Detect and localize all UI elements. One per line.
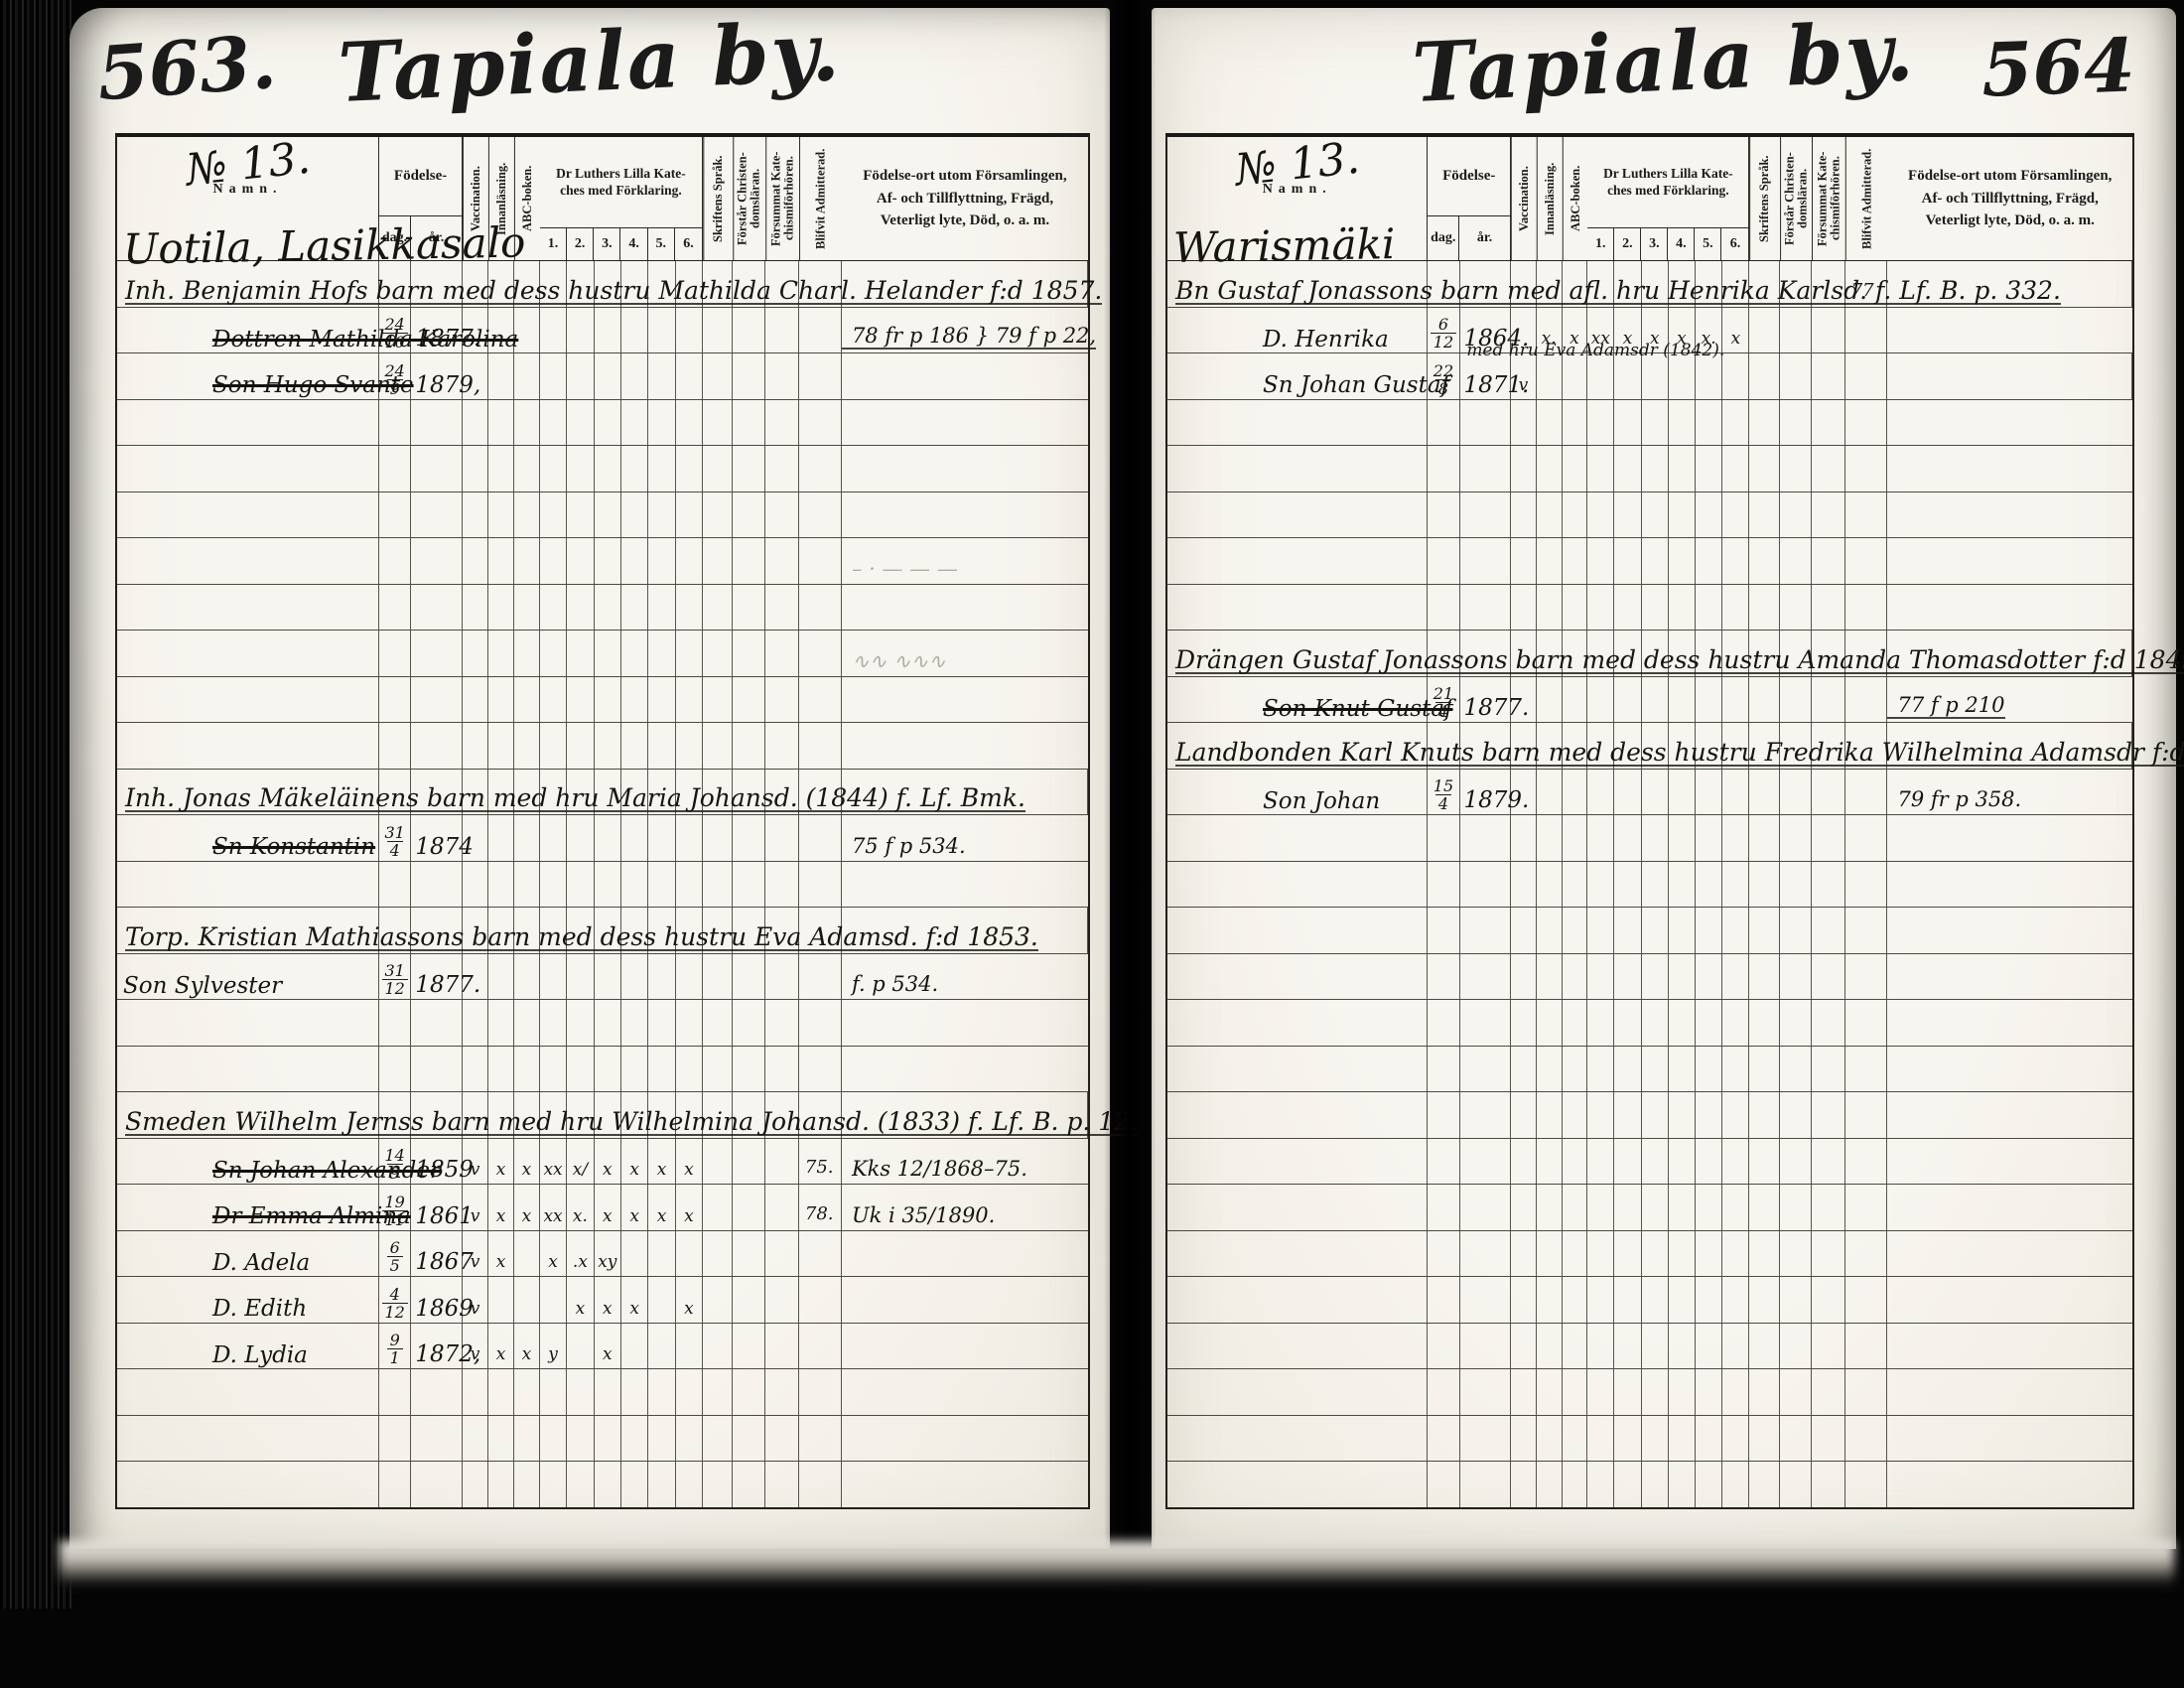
exam-mark: x bbox=[629, 1299, 639, 1319]
exam-mark: x/ bbox=[573, 1160, 588, 1180]
table-row bbox=[117, 677, 1088, 724]
table-row bbox=[1167, 585, 2132, 632]
table-row bbox=[1167, 1369, 2132, 1416]
exam-mark: x bbox=[603, 1160, 613, 1180]
entry-name: Son Johan bbox=[1167, 789, 1380, 813]
entry-name: Sn Johan Gustaf bbox=[1167, 373, 1449, 397]
family-entry-line: Drängen Gustaf Jonassons barn med dess h… bbox=[1175, 647, 2184, 674]
table-header: № 13. Namn. Warismäki Födelse- dag. år. … bbox=[1167, 137, 2132, 261]
birth-day-numerator: 6 bbox=[1438, 317, 1448, 333]
column-header-forsummat-katechismiforhoren: Försummat Kate­chismiförhören. bbox=[1812, 137, 1845, 260]
katekes-subcol: 1. bbox=[540, 228, 567, 260]
exam-mark: x bbox=[603, 1206, 613, 1226]
table-row bbox=[1167, 1231, 2132, 1278]
table-row bbox=[1167, 1185, 2132, 1231]
table-row: Son Hugo Svante2491879, bbox=[117, 353, 1088, 400]
table-row bbox=[1167, 1277, 2132, 1324]
table-row bbox=[117, 1416, 1088, 1463]
entry-name: D. Edith bbox=[117, 1297, 307, 1321]
exam-mark: .x bbox=[573, 1252, 588, 1272]
right-page: 564 Tapiala by. № 13. Namn. Warismäki Fö… bbox=[1152, 8, 2176, 1549]
katekes-subcol: 4. bbox=[1668, 228, 1695, 260]
scan-bottom-fade bbox=[60, 1541, 2174, 1587]
exam-mark: x bbox=[629, 1206, 639, 1226]
column-header-notes: Födelse-ort utom Församlingen, Af- och T… bbox=[842, 137, 1088, 260]
entry-name: Son Sylvester bbox=[117, 974, 282, 998]
birth-day-numerator: 6 bbox=[390, 1240, 400, 1256]
katekes-subcol: 6. bbox=[675, 228, 702, 260]
birth-day-numerator: 9 bbox=[390, 1333, 400, 1348]
exam-mark: x bbox=[684, 1160, 694, 1180]
exam-mark: v bbox=[471, 1299, 480, 1319]
family-entry-line: Torp. Kristian Mathiassons barn med dess… bbox=[125, 924, 1038, 951]
column-header-forstar-christendomslaran: Förstår Christen­domsläran. bbox=[1780, 137, 1812, 260]
family-entry-line: Inh. Benjamin Hofs barn med dess hustru … bbox=[125, 278, 1102, 305]
birth-day: 154 bbox=[1433, 778, 1453, 812]
table-row: Son Knut Gustaf2141877.77 f p 210 bbox=[1167, 677, 2132, 724]
exam-mark: x bbox=[522, 1344, 532, 1364]
table-row: D. Edith4121869vxxxx bbox=[117, 1277, 1088, 1324]
katekes-subcol: 3. bbox=[594, 228, 620, 260]
exam-mark: v bbox=[471, 1252, 480, 1272]
entry-name: Sn Konstantin bbox=[117, 835, 375, 859]
birth-day: 412 bbox=[382, 1287, 408, 1321]
table-row bbox=[1167, 1092, 2132, 1139]
table-row bbox=[117, 1047, 1088, 1093]
entry-name: Sn Johan Alexander bbox=[117, 1159, 441, 1183]
exam-mark: v bbox=[471, 1160, 480, 1180]
table-row bbox=[1167, 815, 2132, 862]
family-entry-line: Landbonden Karl Knuts barn med dess hust… bbox=[1175, 740, 2184, 767]
exam-mark: xy bbox=[598, 1252, 616, 1272]
birth-day-denominator: 12 bbox=[382, 979, 408, 997]
table-row bbox=[1167, 1462, 2132, 1507]
exam-mark: x. bbox=[573, 1206, 588, 1226]
admitted-note: 78. bbox=[799, 1203, 834, 1224]
birth-day-numerator: 31 bbox=[385, 825, 405, 841]
exam-mark: x bbox=[576, 1299, 586, 1319]
table-row: Landbonden Karl Knuts barn med dess hust… bbox=[1167, 723, 2132, 770]
book-spine-edge bbox=[0, 0, 71, 1609]
table-header: № 13. Namn. Uotila, Lasikkasalo Födelse-… bbox=[117, 137, 1088, 261]
table-row: – · — — — bbox=[117, 538, 1088, 585]
table-row: Smeden Wilhelm Jernss barn med hru Wilhe… bbox=[117, 1092, 1088, 1139]
margin-note: 79 fr p 358. bbox=[1887, 787, 2021, 811]
faint-scribble: – · — — — bbox=[842, 557, 958, 581]
margin-note: Uk i 35/1890. bbox=[842, 1203, 995, 1227]
family-entry-line: Smeden Wilhelm Jernss barn med hru Wilhe… bbox=[125, 1109, 1138, 1136]
column-header-notes: Födelse-ort utom Församlingen, Af- och T… bbox=[1887, 137, 2132, 260]
column-header-fodelse: Födelse- dag. år. bbox=[1428, 137, 1511, 260]
column-header-skriftens-sprak: Skriftens Språk. bbox=[703, 137, 733, 260]
exam-mark: y bbox=[548, 1344, 558, 1364]
column-header-namn: № 13. Namn. Warismäki bbox=[1167, 137, 1428, 260]
admitted-note: 75. bbox=[799, 1157, 834, 1178]
column-header-katekes: Dr Luthers Lilla Kate- ches med Förklari… bbox=[1587, 137, 1749, 260]
birth-day-denominator: 4 bbox=[1435, 794, 1451, 812]
page-gutter-shadow bbox=[1104, 0, 1156, 1589]
katekes-subcol: 6. bbox=[1721, 228, 1748, 260]
katekes-subcol: 2. bbox=[1614, 228, 1641, 260]
scanned-register-page: 563. Tapiala by. № 13. Namn. Uotila, Las… bbox=[0, 0, 2184, 1688]
table-row: Torp. Kristian Mathiassons barn med dess… bbox=[117, 908, 1088, 954]
birth-day: 65 bbox=[387, 1240, 403, 1274]
village-name: Warismäki bbox=[1173, 219, 1396, 272]
table-row bbox=[1167, 908, 2132, 954]
exam-mark: x bbox=[657, 1206, 667, 1226]
exam-mark: x bbox=[496, 1160, 506, 1180]
village-name: Uotila, Lasikkasalo bbox=[123, 217, 526, 273]
interline-note: med hru Eva Adamsdr (1842). bbox=[1466, 341, 1724, 360]
table-row bbox=[117, 492, 1088, 539]
margin-note: Kks 12/1868–75. bbox=[842, 1157, 1027, 1181]
exam-mark: x bbox=[496, 1252, 506, 1272]
exam-mark: v bbox=[471, 1344, 480, 1364]
table-body: Inh. Benjamin Hofs barn med dess hustru … bbox=[117, 261, 1088, 1507]
margin-note: 77 f p 210 bbox=[1887, 693, 2004, 719]
table-row bbox=[1167, 1000, 2132, 1047]
table-row: Drängen Gustaf Jonassons barn med dess h… bbox=[1167, 631, 2132, 677]
entry-name: Dr Emma Almina bbox=[117, 1204, 411, 1228]
exam-mark: x bbox=[603, 1299, 613, 1319]
faint-scribble: ∿∿ ∿∿∿ bbox=[842, 649, 946, 673]
entry-name: D. Henrika bbox=[1167, 328, 1389, 352]
subcol-dag: dag. bbox=[1428, 216, 1459, 260]
table-row bbox=[117, 862, 1088, 909]
exam-mark: xx bbox=[543, 1206, 562, 1226]
exam-mark: x bbox=[496, 1344, 506, 1364]
table-row bbox=[1167, 446, 2132, 492]
exam-mark: x bbox=[657, 1160, 667, 1180]
exam-mark: xx bbox=[543, 1160, 562, 1180]
column-header-forstar-christendomslaran: Förstår Christen­domsläran. bbox=[733, 137, 764, 260]
table-row: Dottren Mathilda Karolina24101877.78 fr … bbox=[117, 308, 1088, 354]
table-row bbox=[1167, 862, 2132, 909]
table-row: Sn Konstantin314187475 f p 534. bbox=[117, 815, 1088, 862]
column-header-innanlasning: Innanläsning. bbox=[1537, 137, 1563, 260]
table-row bbox=[1167, 538, 2132, 585]
table-row: Sn Johan Gustaf2281871.vmed hru Eva Adam… bbox=[1167, 353, 2132, 400]
table-row bbox=[117, 723, 1088, 770]
table-body: 77Bn Gustaf Jonassons barn med afl. hru … bbox=[1167, 261, 2132, 1507]
katekes-subcol: 4. bbox=[620, 228, 647, 260]
table-row: ∿∿ ∿∿∿ bbox=[117, 631, 1088, 677]
exam-mark: x bbox=[1731, 329, 1741, 349]
table-row bbox=[1167, 400, 2132, 447]
column-header-blifvit-admitterad: Blifvit Admit­terad. bbox=[1845, 137, 1888, 260]
register-table-left: № 13. Namn. Uotila, Lasikkasalo Födelse-… bbox=[115, 133, 1090, 1509]
column-header-abc-boken: ABC-boken. bbox=[1563, 137, 1588, 260]
table-row bbox=[1167, 1047, 2132, 1093]
exam-mark: x bbox=[684, 1299, 694, 1319]
entry-name: Son Knut Gustaf bbox=[1167, 697, 1453, 721]
column-header-forsummat-katechismiforhoren: Försummat Kate­chismiförhören. bbox=[765, 137, 799, 260]
table-row bbox=[1167, 492, 2132, 539]
katekes-subcol: 5. bbox=[648, 228, 675, 260]
table-row bbox=[1167, 1416, 2132, 1463]
margin-note: 78 fr p 186 } 79 f p 22, bbox=[842, 324, 1096, 350]
birth-day-numerator: 31 bbox=[385, 963, 405, 979]
entry-name: D. Lydia bbox=[117, 1343, 308, 1367]
birth-day-denominator: 1 bbox=[387, 1348, 403, 1366]
column-header-vaccination: Vaccination. bbox=[1511, 137, 1537, 260]
subcol-ar: år. bbox=[1459, 216, 1510, 260]
left-page: 563. Tapiala by. № 13. Namn. Uotila, Las… bbox=[69, 8, 1110, 1549]
register-table-right: № 13. Namn. Warismäki Födelse- dag. år. … bbox=[1165, 133, 2134, 1509]
entry-name: Dottren Mathilda Karolina bbox=[117, 328, 518, 352]
birth-day-denominator: 12 bbox=[382, 1303, 408, 1321]
table-row: Dr Emma Almina19111861vxxxxx.xxxx78.Uk i… bbox=[117, 1185, 1088, 1231]
exam-mark: v bbox=[471, 1206, 480, 1226]
table-row: Son Johan1541879.79 fr p 358. bbox=[1167, 770, 2132, 816]
table-row bbox=[1167, 1139, 2132, 1186]
table-row bbox=[117, 446, 1088, 492]
table-row bbox=[1167, 1324, 2132, 1370]
column-header-namn: № 13. Namn. Uotila, Lasikkasalo bbox=[117, 137, 379, 260]
birth-day-numerator: 4 bbox=[390, 1287, 400, 1303]
table-row bbox=[117, 1369, 1088, 1416]
exam-mark: x bbox=[603, 1344, 613, 1364]
household-number: № 13. bbox=[1233, 133, 1362, 197]
table-row: Sn Johan Alexander1491859vxxxxx/xxxx75.K… bbox=[117, 1139, 1088, 1186]
birth-day: 91 bbox=[387, 1333, 403, 1366]
exam-mark: x bbox=[496, 1206, 506, 1226]
birth-day: 612 bbox=[1431, 317, 1456, 351]
entry-name: Son Hugo Svante bbox=[117, 373, 414, 397]
column-header-katekes: Dr Luthers Lilla Kate- ches med Förklari… bbox=[540, 137, 703, 260]
exam-mark: x bbox=[522, 1206, 532, 1226]
exam-mark: x bbox=[629, 1160, 639, 1180]
household-number: № 13. bbox=[183, 133, 312, 197]
birth-day-denominator: 5 bbox=[387, 1256, 403, 1274]
katekes-subcol: 1. bbox=[1587, 228, 1614, 260]
katekes-subcol: 2. bbox=[567, 228, 594, 260]
column-header-skriftens-sprak: Skriftens Språk. bbox=[1749, 137, 1779, 260]
family-entry-line: Bn Gustaf Jonassons barn med afl. hru He… bbox=[1175, 278, 2061, 305]
table-row: Inh. Jonas Mäkeläinens barn med hru Mari… bbox=[117, 770, 1088, 816]
birth-day-denominator: 4 bbox=[387, 841, 403, 859]
exam-mark: v bbox=[1519, 375, 1529, 395]
table-row: D. Adela651867vxx.xxy bbox=[117, 1231, 1088, 1278]
exam-mark: x bbox=[684, 1206, 694, 1226]
page-title-left: Tapiala by. bbox=[68, 0, 1112, 126]
katekes-subcol: 5. bbox=[1695, 228, 1721, 260]
table-row bbox=[117, 400, 1088, 447]
margin-note: f. p 534. bbox=[842, 972, 938, 996]
column-header-blifvit-admitterad: Blifvit Admit­terad. bbox=[799, 137, 842, 260]
exam-mark: x bbox=[522, 1160, 532, 1180]
birth-day: 314 bbox=[385, 825, 405, 859]
birth-day-denominator: 12 bbox=[1431, 333, 1456, 351]
family-entry-line: Inh. Jonas Mäkeläinens barn med hru Mari… bbox=[125, 785, 1025, 812]
birth-day-numerator: 15 bbox=[1433, 778, 1453, 794]
birth-day: 3112 bbox=[382, 963, 408, 997]
table-row bbox=[117, 1462, 1088, 1507]
table-row bbox=[117, 585, 1088, 632]
katekes-subcol: 3. bbox=[1641, 228, 1668, 260]
table-row: D. Lydia911872,vxxyx bbox=[117, 1324, 1088, 1370]
table-row bbox=[1167, 954, 2132, 1001]
entry-name: D. Adela bbox=[117, 1251, 310, 1275]
table-row: Son Sylvester31121877.f. p 534. bbox=[117, 954, 1088, 1001]
margin-note: 75 f p 534. bbox=[842, 834, 966, 858]
table-row bbox=[117, 1000, 1088, 1047]
exam-mark: x bbox=[548, 1252, 558, 1272]
